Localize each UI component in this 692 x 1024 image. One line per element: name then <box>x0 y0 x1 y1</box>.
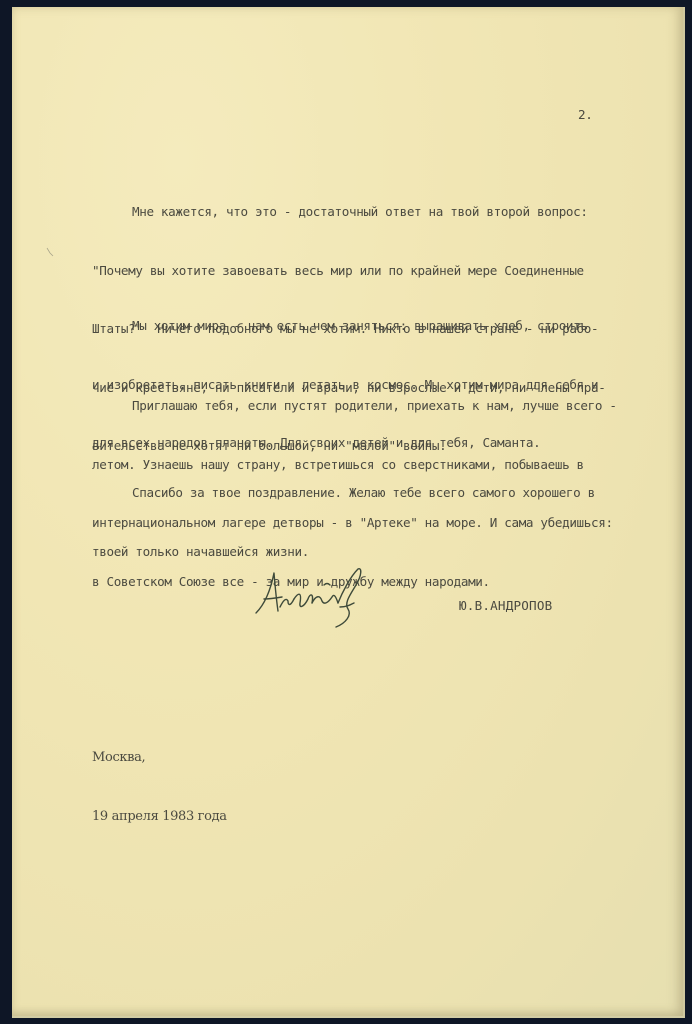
paragraph-line: Спасибо за твое поздравление. Желаю тебе… <box>92 483 595 503</box>
date: 19 апреля 1983 года <box>92 807 227 827</box>
place: Москва, <box>92 748 227 768</box>
signer-name: Ю.В.АНДРОПОВ <box>459 598 552 613</box>
handwritten-signature-icon <box>250 563 380 633</box>
letter-page: 2. Мне кажется, что это - достаточный от… <box>12 7 685 1018</box>
paragraph-line: твоей только начавшейся жизни. <box>92 542 595 562</box>
place-and-date: Москва, 19 апреля 1983 года <box>92 709 227 865</box>
paragraph-line: Приглашаю тебя, если пустят родители, пр… <box>92 396 617 416</box>
page-number: 2. <box>578 107 592 122</box>
paragraph-line: Мы хотим мира - нам есть чем заняться: в… <box>92 316 598 336</box>
paragraph-line: Мне кажется, что это - достаточный ответ… <box>92 202 605 222</box>
paper-mark-icon <box>46 247 54 257</box>
